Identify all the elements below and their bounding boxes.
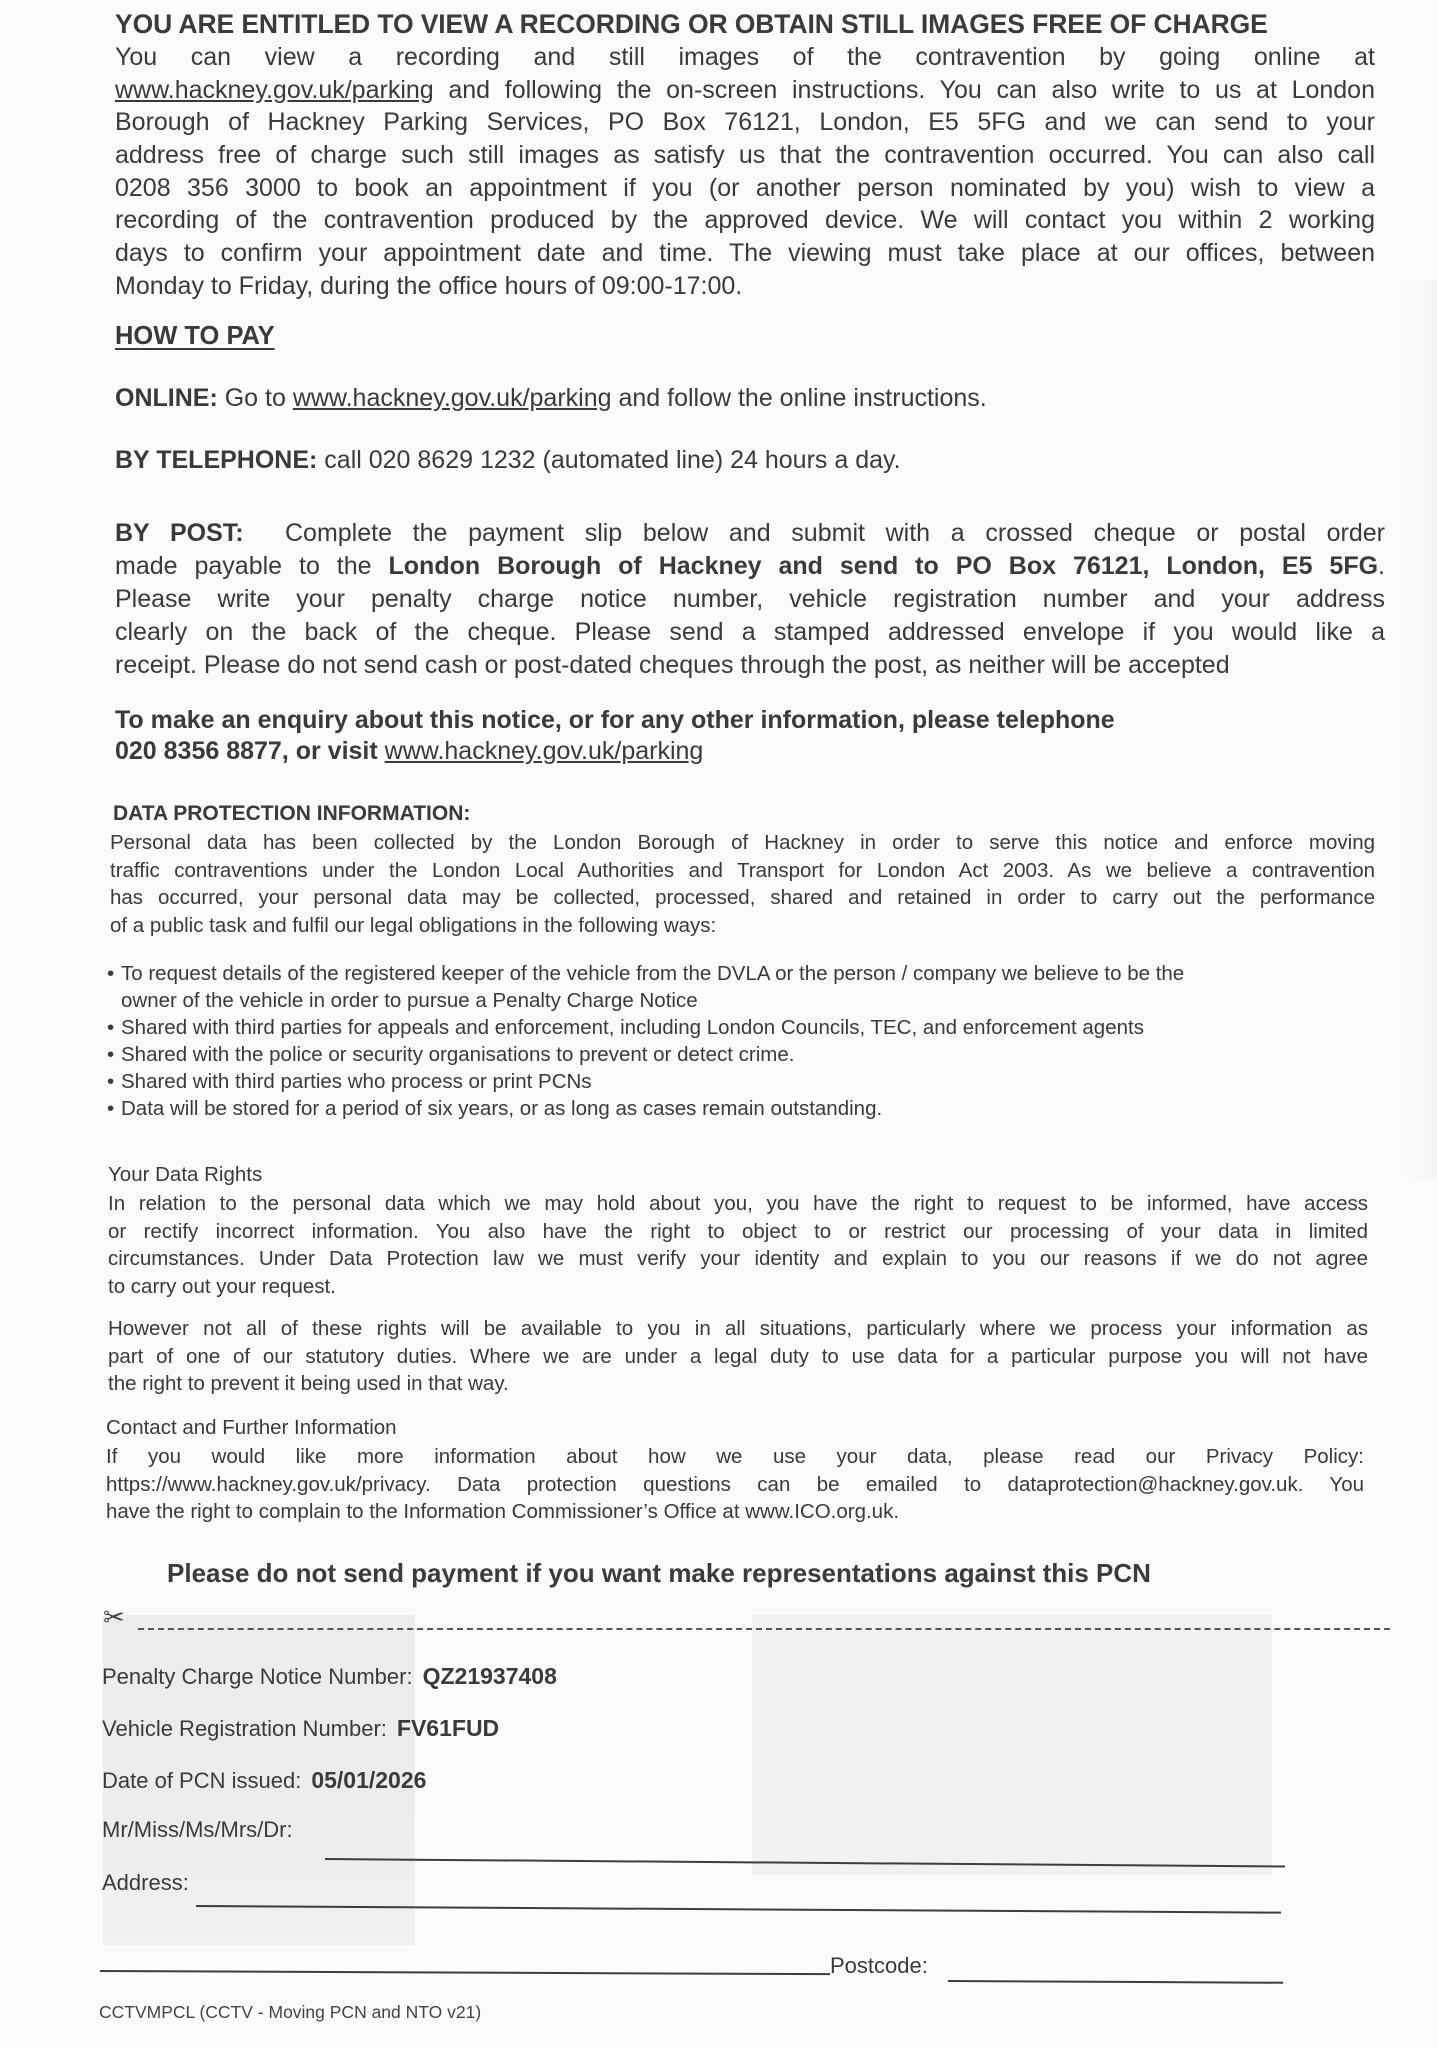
text-line: to carry out your request.: [108, 1273, 1368, 1301]
viewing-rights-paragraph: You can view a recording and still image…: [115, 41, 1375, 303]
telephone-label: BY TELEPHONE:: [115, 446, 317, 474]
data-protection-paragraph: Personal data has been collected by the …: [110, 829, 1375, 939]
bullet-icon: •: [107, 960, 114, 987]
text-line: www.hackney.gov.uk/parking and following…: [115, 74, 1375, 107]
text-line: BY POST: Complete the payment slip below…: [115, 517, 1385, 550]
text-line: the right to prevent it being used in th…: [108, 1370, 1368, 1398]
text-line: days to confirm your appointment date an…: [115, 237, 1375, 270]
pay-by-post-paragraph: BY POST: Complete the payment slip below…: [115, 517, 1385, 682]
vehicle-registration-row: Vehicle Registration Number:FV61FUD: [102, 1715, 499, 1742]
scan-shade: [752, 1615, 1272, 1875]
pcn-number: QZ21937408: [423, 1663, 557, 1689]
text-line: traffic contraventions under the London …: [110, 857, 1375, 885]
text-line: or rectify incorrect information. You al…: [108, 1218, 1368, 1246]
text-line: clearly on the back of the cheque. Pleas…: [115, 616, 1385, 649]
text-line: 0208 356 3000 to book an appointment if …: [115, 172, 1375, 205]
payee-address: London Borough of Hackney and send to PO…: [389, 552, 1379, 580]
hackney-parking-link[interactable]: www.hackney.gov.uk/parking: [115, 76, 434, 104]
pcn-date-row: Date of PCN issued:05/01/2026: [102, 1767, 426, 1794]
text-line: recording of the contravention produced …: [115, 204, 1375, 237]
pcn-notice-page: YOU ARE ENTITLED TO VIEW A RECORDING OR …: [0, 0, 1437, 2048]
online-pay-link[interactable]: www.hackney.gov.uk/parking: [293, 384, 612, 412]
data-protection-heading: DATA PROTECTION INFORMATION:: [113, 802, 470, 826]
pay-online-line: ONLINE: Go to www.hackney.gov.uk/parking…: [115, 384, 987, 413]
text-line: https://www.hackney.gov.uk/privacy. Data…: [106, 1471, 1364, 1499]
vehicle-registration: FV61FUD: [397, 1715, 499, 1741]
bullet-icon: •: [107, 1068, 114, 1095]
pcn-number-row: Penalty Charge Notice Number:QZ21937408: [102, 1663, 557, 1690]
text-line: receipt. Please do not send cash or post…: [115, 649, 1385, 682]
bullet-icon: •: [107, 1014, 114, 1041]
text-line: You can view a recording and still image…: [115, 41, 1375, 74]
enquiry-info: To make an enquiry about this notice, or…: [115, 705, 1265, 767]
text-line: Please write your penalty charge notice …: [115, 583, 1385, 616]
name-label: Mr/Miss/Ms/Mrs/Dr:: [102, 1817, 293, 1843]
text-line: has occurred, your personal data may be …: [110, 884, 1375, 912]
contact-paragraph: If you would like more information about…: [106, 1443, 1364, 1526]
address-field-line-2[interactable]: [100, 1970, 830, 1975]
scan-shadow: [1397, 280, 1437, 1180]
text-line: have the right to complain to the Inform…: [106, 1498, 1364, 1526]
data-rights-paragraph: In relation to the personal data which w…: [108, 1190, 1368, 1300]
data-usage-list: •To request details of the registered ke…: [107, 960, 1184, 1122]
text-line: In relation to the personal data which w…: [108, 1190, 1368, 1218]
text-line: However not all of these rights will be …: [108, 1315, 1368, 1343]
enquiry-link[interactable]: www.hackney.gov.uk/parking: [385, 737, 704, 765]
list-item: •To request details of the registered ke…: [107, 960, 1184, 1014]
pcn-issue-date: 05/01/2026: [311, 1767, 426, 1793]
how-to-pay-heading: HOW TO PAY: [115, 322, 275, 351]
cut-line: [138, 1628, 1390, 1630]
address-label: Address:: [102, 1870, 189, 1896]
postcode-field[interactable]: [948, 1980, 1283, 1984]
list-item: •Shared with the police or security orga…: [107, 1041, 1184, 1068]
representation-warning: Please do not send payment if you want m…: [167, 1558, 1151, 1589]
text-line: Borough of Hackney Parking Services, PO …: [115, 106, 1375, 139]
list-item: •Data will be stored for a period of six…: [107, 1095, 1184, 1122]
online-label: ONLINE:: [115, 384, 218, 412]
list-item: •Shared with third parties for appeals a…: [107, 1014, 1184, 1041]
postcode-label: Postcode:: [830, 1953, 928, 1979]
form-reference-code: CCTVMPCL (CCTV - Moving PCN and NTO v21): [99, 2002, 481, 2023]
text-line: circumstances. Under Data Protection law…: [108, 1245, 1368, 1273]
post-label: BY POST:: [115, 519, 244, 547]
scissors-icon: ✂: [103, 1602, 125, 1633]
text-line: address free of charge such still images…: [115, 139, 1375, 172]
text-line: part of one of our statutory duties. Whe…: [108, 1343, 1368, 1371]
pay-telephone-line: BY TELEPHONE: call 020 8629 1232 (automa…: [115, 446, 901, 475]
text-line: Personal data has been collected by the …: [110, 829, 1375, 857]
text-line: If you would like more information about…: [106, 1443, 1364, 1471]
data-rights-limits-paragraph: However not all of these rights will be …: [108, 1315, 1368, 1398]
text-line: of a public task and fulfil our legal ob…: [110, 912, 1375, 940]
list-item: •Shared with third parties who process o…: [107, 1068, 1184, 1095]
contact-heading: Contact and Further Information: [106, 1416, 397, 1440]
text-line: made payable to the London Borough of Ha…: [115, 550, 1385, 583]
bullet-icon: •: [107, 1041, 114, 1068]
data-rights-heading: Your Data Rights: [108, 1163, 262, 1187]
viewing-rights-title: YOU ARE ENTITLED TO VIEW A RECORDING OR …: [115, 9, 1268, 40]
bullet-icon: •: [107, 1095, 114, 1122]
text-line: Monday to Friday, during the office hour…: [115, 270, 1375, 303]
